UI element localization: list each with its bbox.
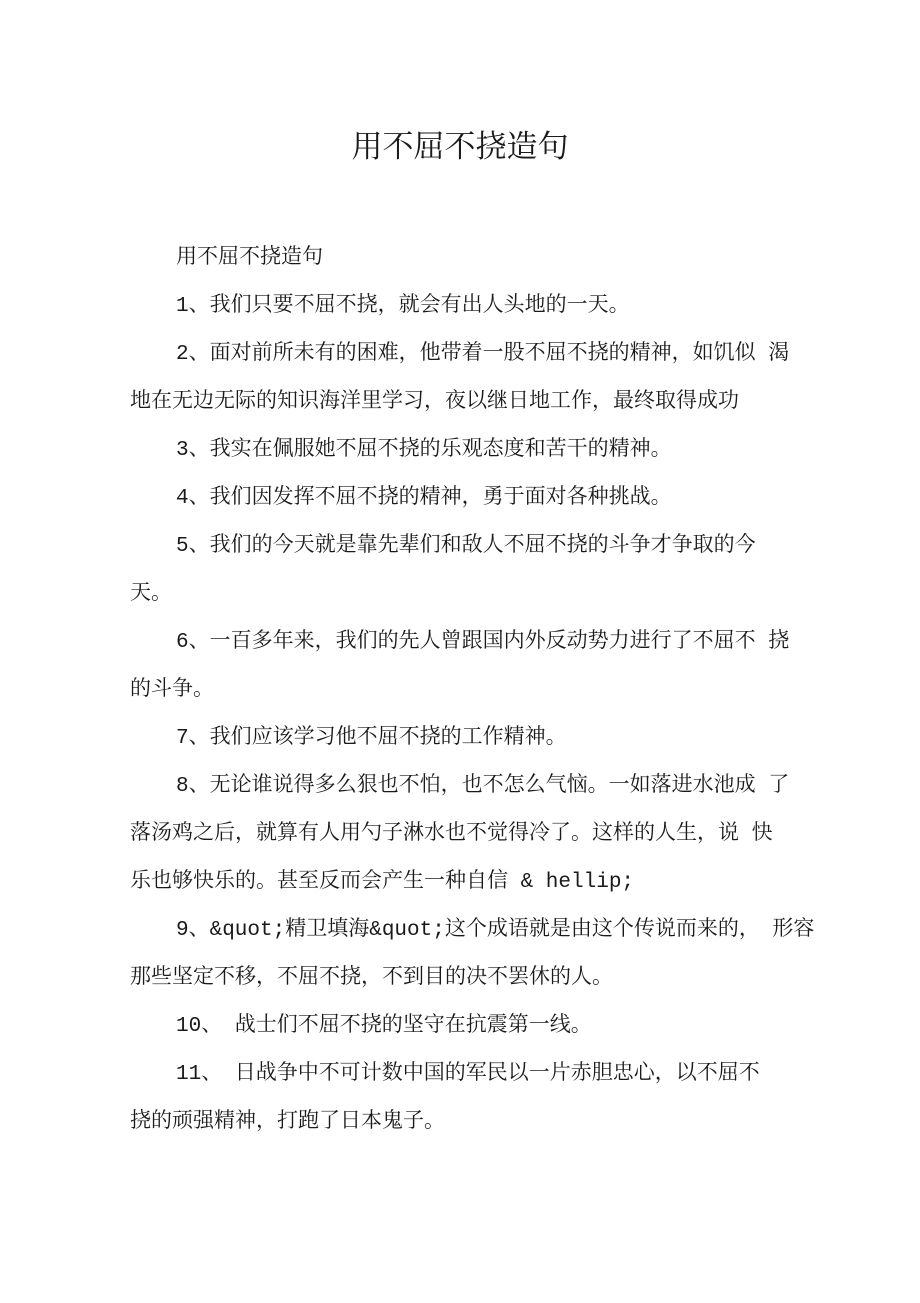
- document-body: 用不屈不挠造句 1、我们只要不屈不挠，就会有出人头地的一天。 2、面对前所未有的…: [130, 235, 790, 1147]
- sentence-3: 3、我实在佩服她不屈不挠的乐观态度和苦干的精神。: [130, 427, 790, 475]
- sentence-6-line-1: 6、一百多年来，我们的先人曾跟国内外反动势力进行了不屈不 挠: [130, 619, 790, 667]
- sentence-10: 10、 战士们不屈不挠的坚守在抗震第一线。: [130, 1003, 790, 1051]
- sentence-4: 4、我们因发挥不屈不挠的精神，勇于面对各种挑战。: [130, 475, 790, 523]
- document-title: 用不屈不挠造句: [0, 130, 920, 170]
- sentence-8-line-2: 落汤鸡之后，就算有人用勺子淋水也不觉得冷了。这样的人生，说 快: [130, 811, 790, 859]
- sentence-5-line-2: 天。: [130, 571, 790, 619]
- sentence-8-line-1: 8、无论谁说得多么狠也不怕，也不怎么气恼。一如落进水池成 了: [130, 763, 790, 811]
- sentence-11-line-2: 挠的顽强精神，打跑了日本鬼子。: [130, 1099, 790, 1147]
- sentence-7: 7、我们应该学习他不屈不挠的工作精神。: [130, 715, 790, 763]
- document-page: 用不屈不挠造句 用不屈不挠造句 1、我们只要不屈不挠，就会有出人头地的一天。 2…: [0, 0, 920, 1303]
- sentence-2-line-1: 2、面对前所未有的困难，他带着一股不屈不挠的精神，如饥似 渴: [130, 331, 790, 379]
- sentence-5-line-1: 5、我们的今天就是靠先辈们和敌人不屈不挠的斗争才争取的今: [130, 523, 790, 571]
- intro-line: 用不屈不挠造句: [130, 235, 790, 283]
- sentence-8-line-3: 乐也够快乐的。甚至反而会产生一种自信 & hellip;: [130, 859, 790, 907]
- sentence-1: 1、我们只要不屈不挠，就会有出人头地的一天。: [130, 283, 790, 331]
- sentence-6-line-2: 的斗争。: [130, 667, 790, 715]
- sentence-9-line-2: 那些坚定不移，不屈不挠，不到目的决不罢休的人。: [130, 955, 790, 1003]
- sentence-9-line-1: 9、&quot;精卫填海&quot;这个成语就是由这个传说而来的， 形容: [130, 907, 790, 955]
- sentence-11-line-1: 11、 日战争中不可计数中国的军民以一片赤胆忠心，以不屈不: [130, 1051, 790, 1099]
- sentence-2-line-2: 地在无边无际的知识海洋里学习，夜以继日地工作，最终取得成功: [130, 379, 790, 427]
